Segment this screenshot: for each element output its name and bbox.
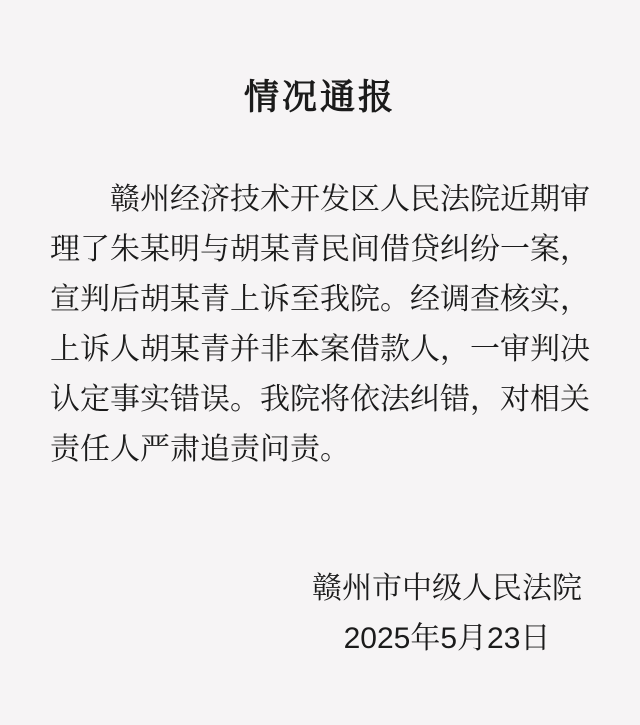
notice-document: 情况通报 赣州经济技术开发区人民法院近期审 理了朱某明与胡某青民间借贷纠纷一案，…: [0, 0, 640, 725]
body-line-2: 理了朱某明与胡某青民间借贷纠纷一案，: [50, 225, 590, 275]
signature-court: 赣州市中级人民法院: [312, 564, 582, 614]
body-line-3: 宣判后胡某青上诉至我院。经调查核实，: [50, 275, 590, 325]
signature-block: 赣州市中级人民法院 2025年5月23日: [312, 564, 582, 664]
signature-date: 2025年5月23日: [312, 614, 582, 664]
body-line-6: 责任人严肃追责问责。: [50, 425, 590, 475]
body-line-1: 赣州经济技术开发区人民法院近期审: [50, 175, 590, 225]
notice-title: 情况通报: [50, 0, 590, 122]
body-line-4: 上诉人胡某青并非本案借款人，一审判决: [50, 325, 590, 375]
body-line-5: 认定事实错误。我院将依法纠错，对相关: [50, 375, 590, 425]
notice-body: 赣州经济技术开发区人民法院近期审 理了朱某明与胡某青民间借贷纠纷一案， 宣判后胡…: [50, 175, 590, 475]
